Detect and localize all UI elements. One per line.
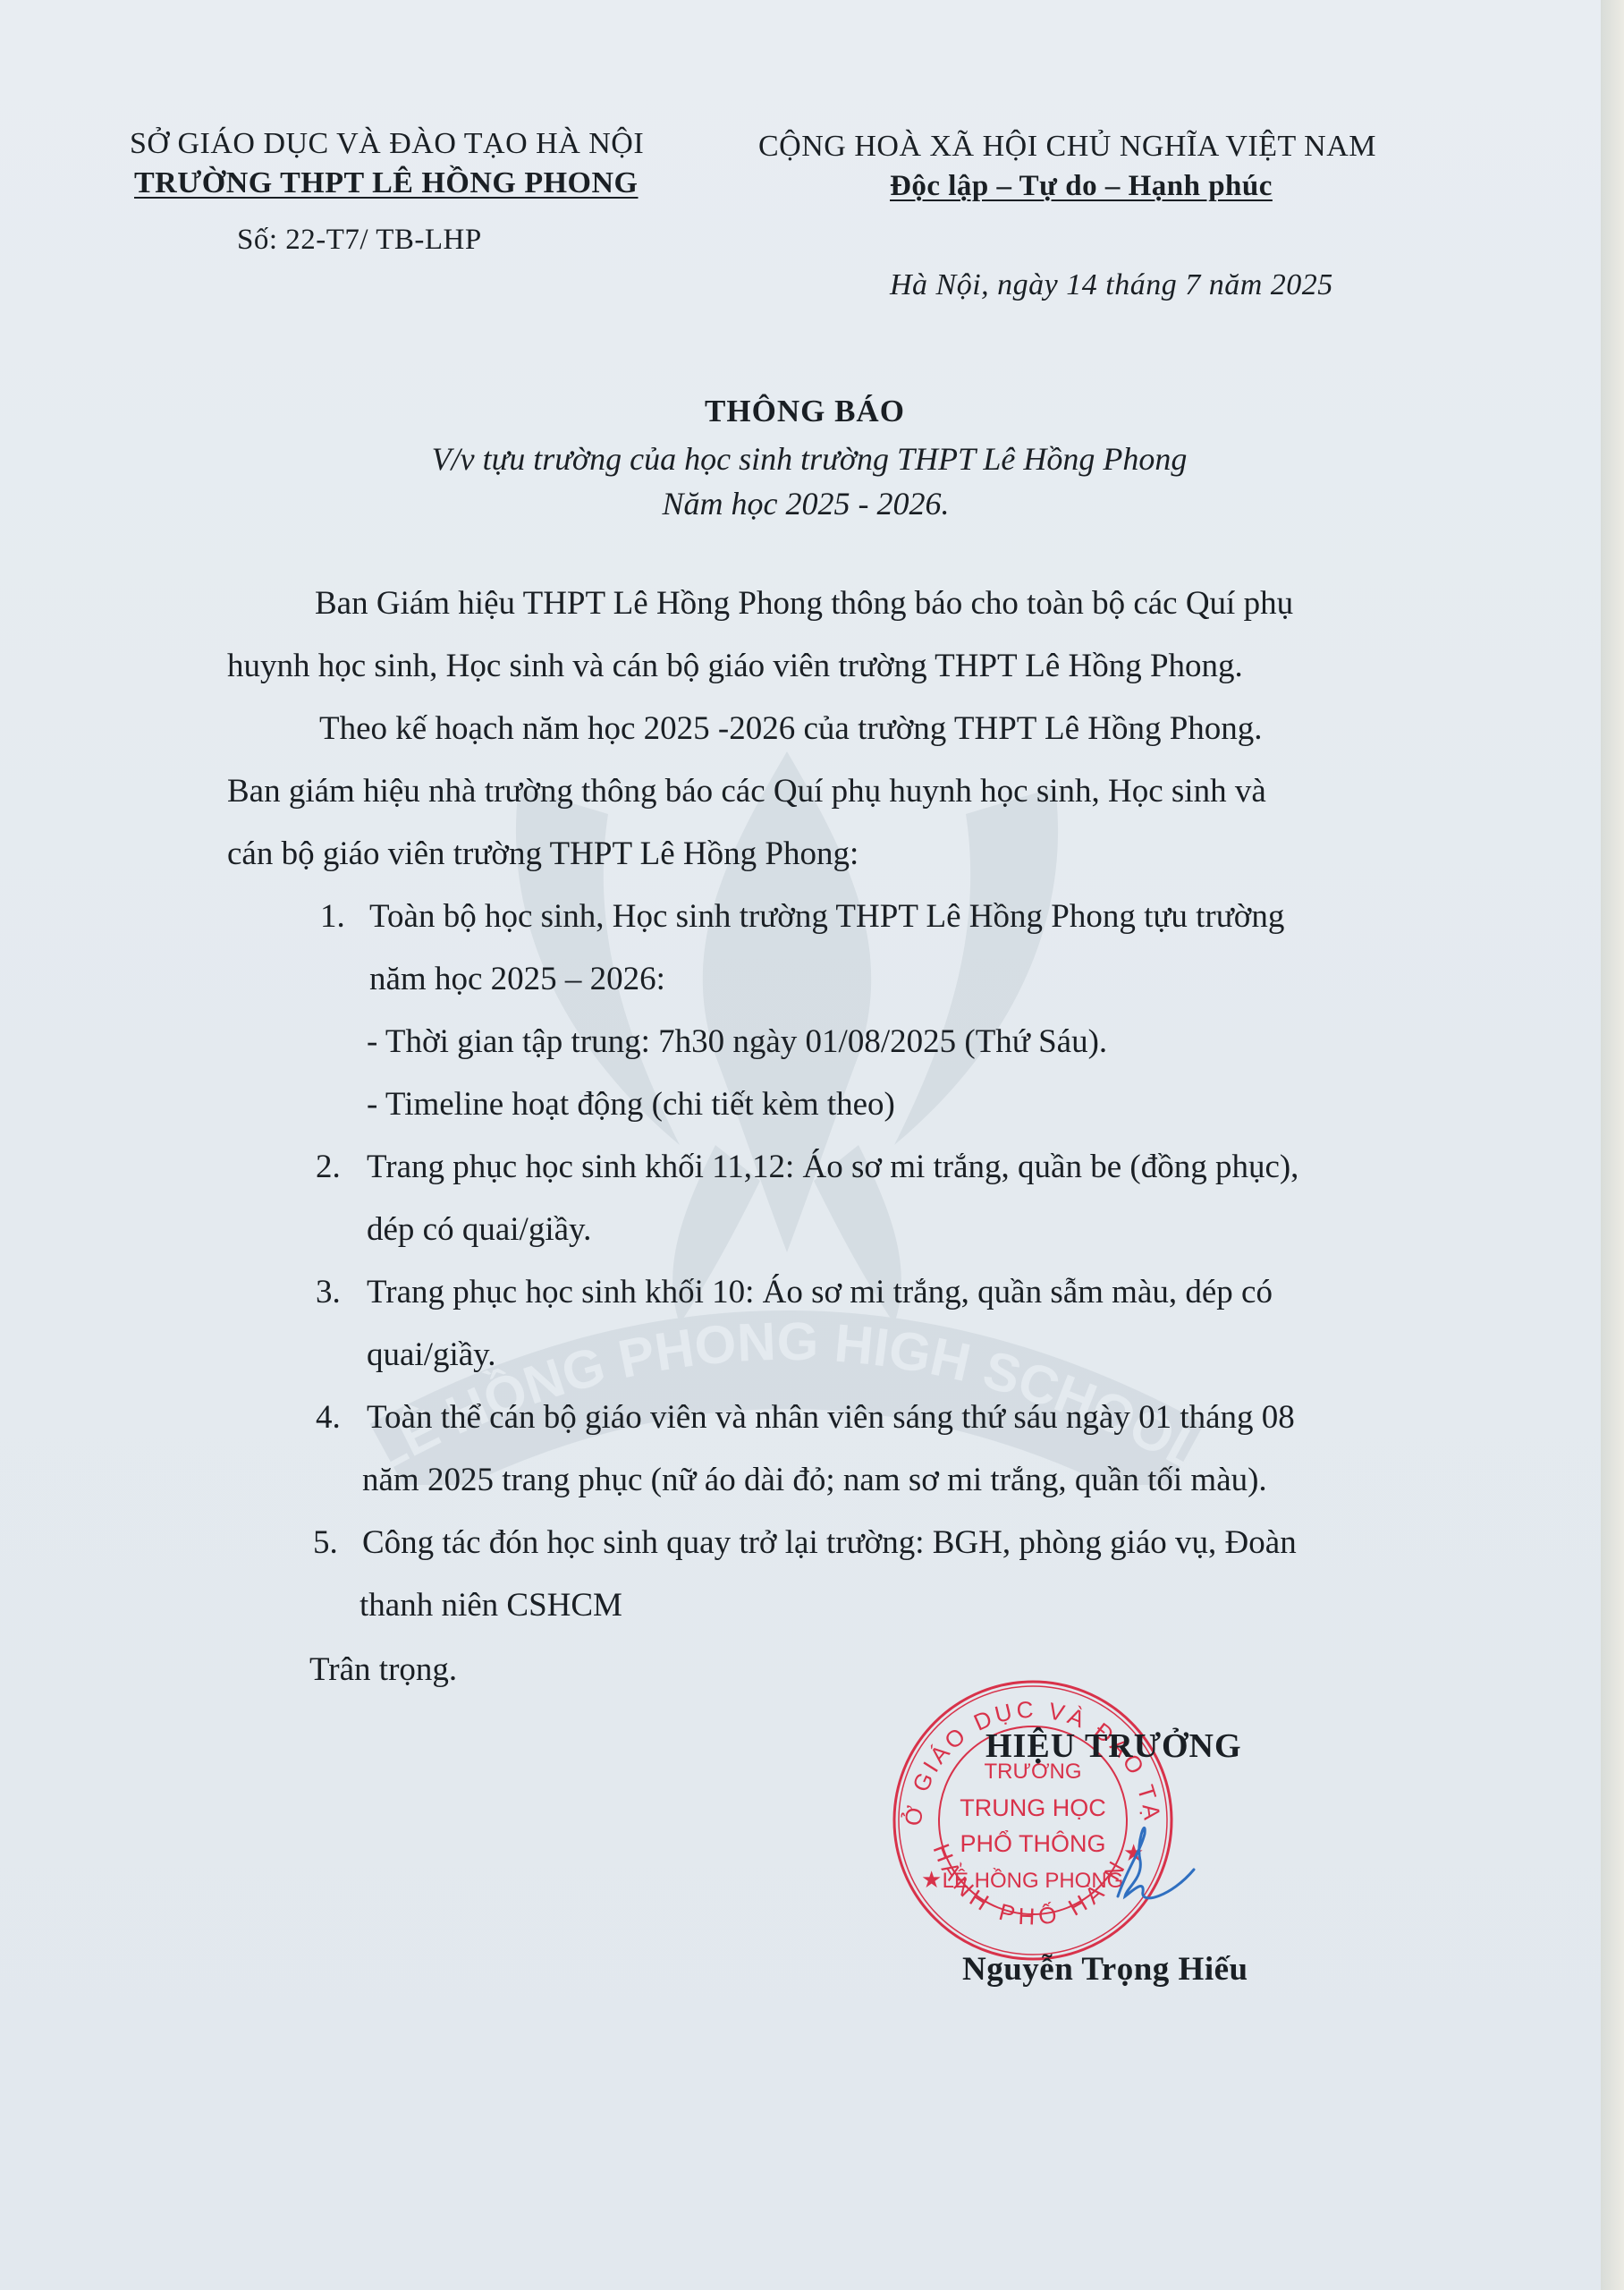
national-motto: Độc lập – Tự do – Hạnh phúc [890, 170, 1273, 203]
signatory-name: Nguyễn Trọng Hiếu [962, 1950, 1248, 1989]
school-year: Năm học 2025 - 2026. [0, 485, 1624, 522]
list-item-3-number: 3. [316, 1261, 341, 1324]
document-number: Số: 22-T7/ TB-LHP [237, 224, 482, 257]
svg-text:PHỔ THÔNG: PHỔ THÔNG [960, 1829, 1105, 1857]
list-item-5-number: 5. [313, 1512, 338, 1574]
paragraph-1-line-1: Ban Giám hiệu THPT Lê Hồng Phong thông b… [315, 572, 1293, 635]
paragraph-2-line-2: Ban giám hiệu nhà trường thông báo các Q… [227, 760, 1266, 823]
notice-heading: THÔNG BÁO [0, 394, 1624, 429]
list-item-5-line-2: thanh niên CSHCM [359, 1574, 622, 1637]
date-line: Hà Nội, ngày 14 tháng 7 năm 2025 [890, 268, 1333, 302]
list-item-1-line-2: năm học 2025 – 2026: [369, 948, 665, 1011]
list-item-2-number: 2. [316, 1136, 341, 1199]
list-item-5-line-1: Công tác đón học sinh quay trở lại trườn… [362, 1512, 1297, 1574]
list-item-2-line-1: Trang phục học sinh khối 11,12: Áo sơ mi… [367, 1136, 1298, 1199]
republic-name: CỘNG HOÀ XÃ HỘI CHỦ NGHĨA VIỆT NAM [758, 130, 1376, 164]
list-item-4-line-1: Toàn thể cán bộ giáo viên và nhân viên s… [367, 1387, 1295, 1449]
list-item-4-number: 4. [316, 1387, 341, 1449]
svg-text:★: ★ [921, 1867, 942, 1893]
title-block: THÔNG BÁO V/v tựu trường của học sinh tr… [0, 394, 1624, 522]
list-item-1-sub-2: - Timeline hoạt động (chi tiết kèm theo) [367, 1073, 895, 1136]
list-item-1-sub-1: - Thời gian tập trung: 7h30 ngày 01/08/2… [367, 1011, 1107, 1073]
list-item-1-line-1: Toàn bộ học sinh, Học sinh trường THPT L… [369, 886, 1284, 948]
paragraph-2-line-3: cán bộ giáo viên trường THPT Lê Hồng Pho… [227, 823, 859, 886]
list-item-4-line-2: năm 2025 trang phục (nữ áo dài đỏ; nam s… [362, 1449, 1267, 1512]
department-name: SỞ GIÁO DỤC VÀ ĐÀO TẠO HÀ NỘI [130, 127, 644, 161]
list-item-3-line-1: Trang phục học sinh khối 10: Áo sơ mi tr… [367, 1261, 1273, 1324]
closing-text: Trân trọng. [309, 1639, 457, 1701]
school-name: TRƯỜNG THPT LÊ HỒNG PHONG [134, 166, 639, 200]
notice-subject: V/v tựu trường của học sinh trường THPT … [0, 440, 1624, 478]
list-item-3-line-2: quai/giầy. [367, 1324, 496, 1387]
page-edge-background [1601, 0, 1624, 2290]
svg-text:TRUNG HỌC: TRUNG HỌC [960, 1794, 1106, 1821]
paragraph-1-line-2: huynh học sinh, Học sinh và cán bộ giáo … [227, 635, 1243, 698]
paragraph-2-line-1: Theo kế hoạch năm học 2025 -2026 của trư… [319, 698, 1263, 760]
list-item-2-line-2: dép có quai/giầy. [367, 1199, 591, 1261]
document-page: LÊ HỒNG PHONG HIGH SCHOOL SỞ GIÁO DỤC VÀ… [0, 0, 1601, 2290]
handwritten-signature-icon [1091, 1807, 1198, 1905]
list-item-1-number: 1. [320, 886, 345, 948]
signatory-role: HIỆU TRƯỞNG [985, 1726, 1242, 1766]
